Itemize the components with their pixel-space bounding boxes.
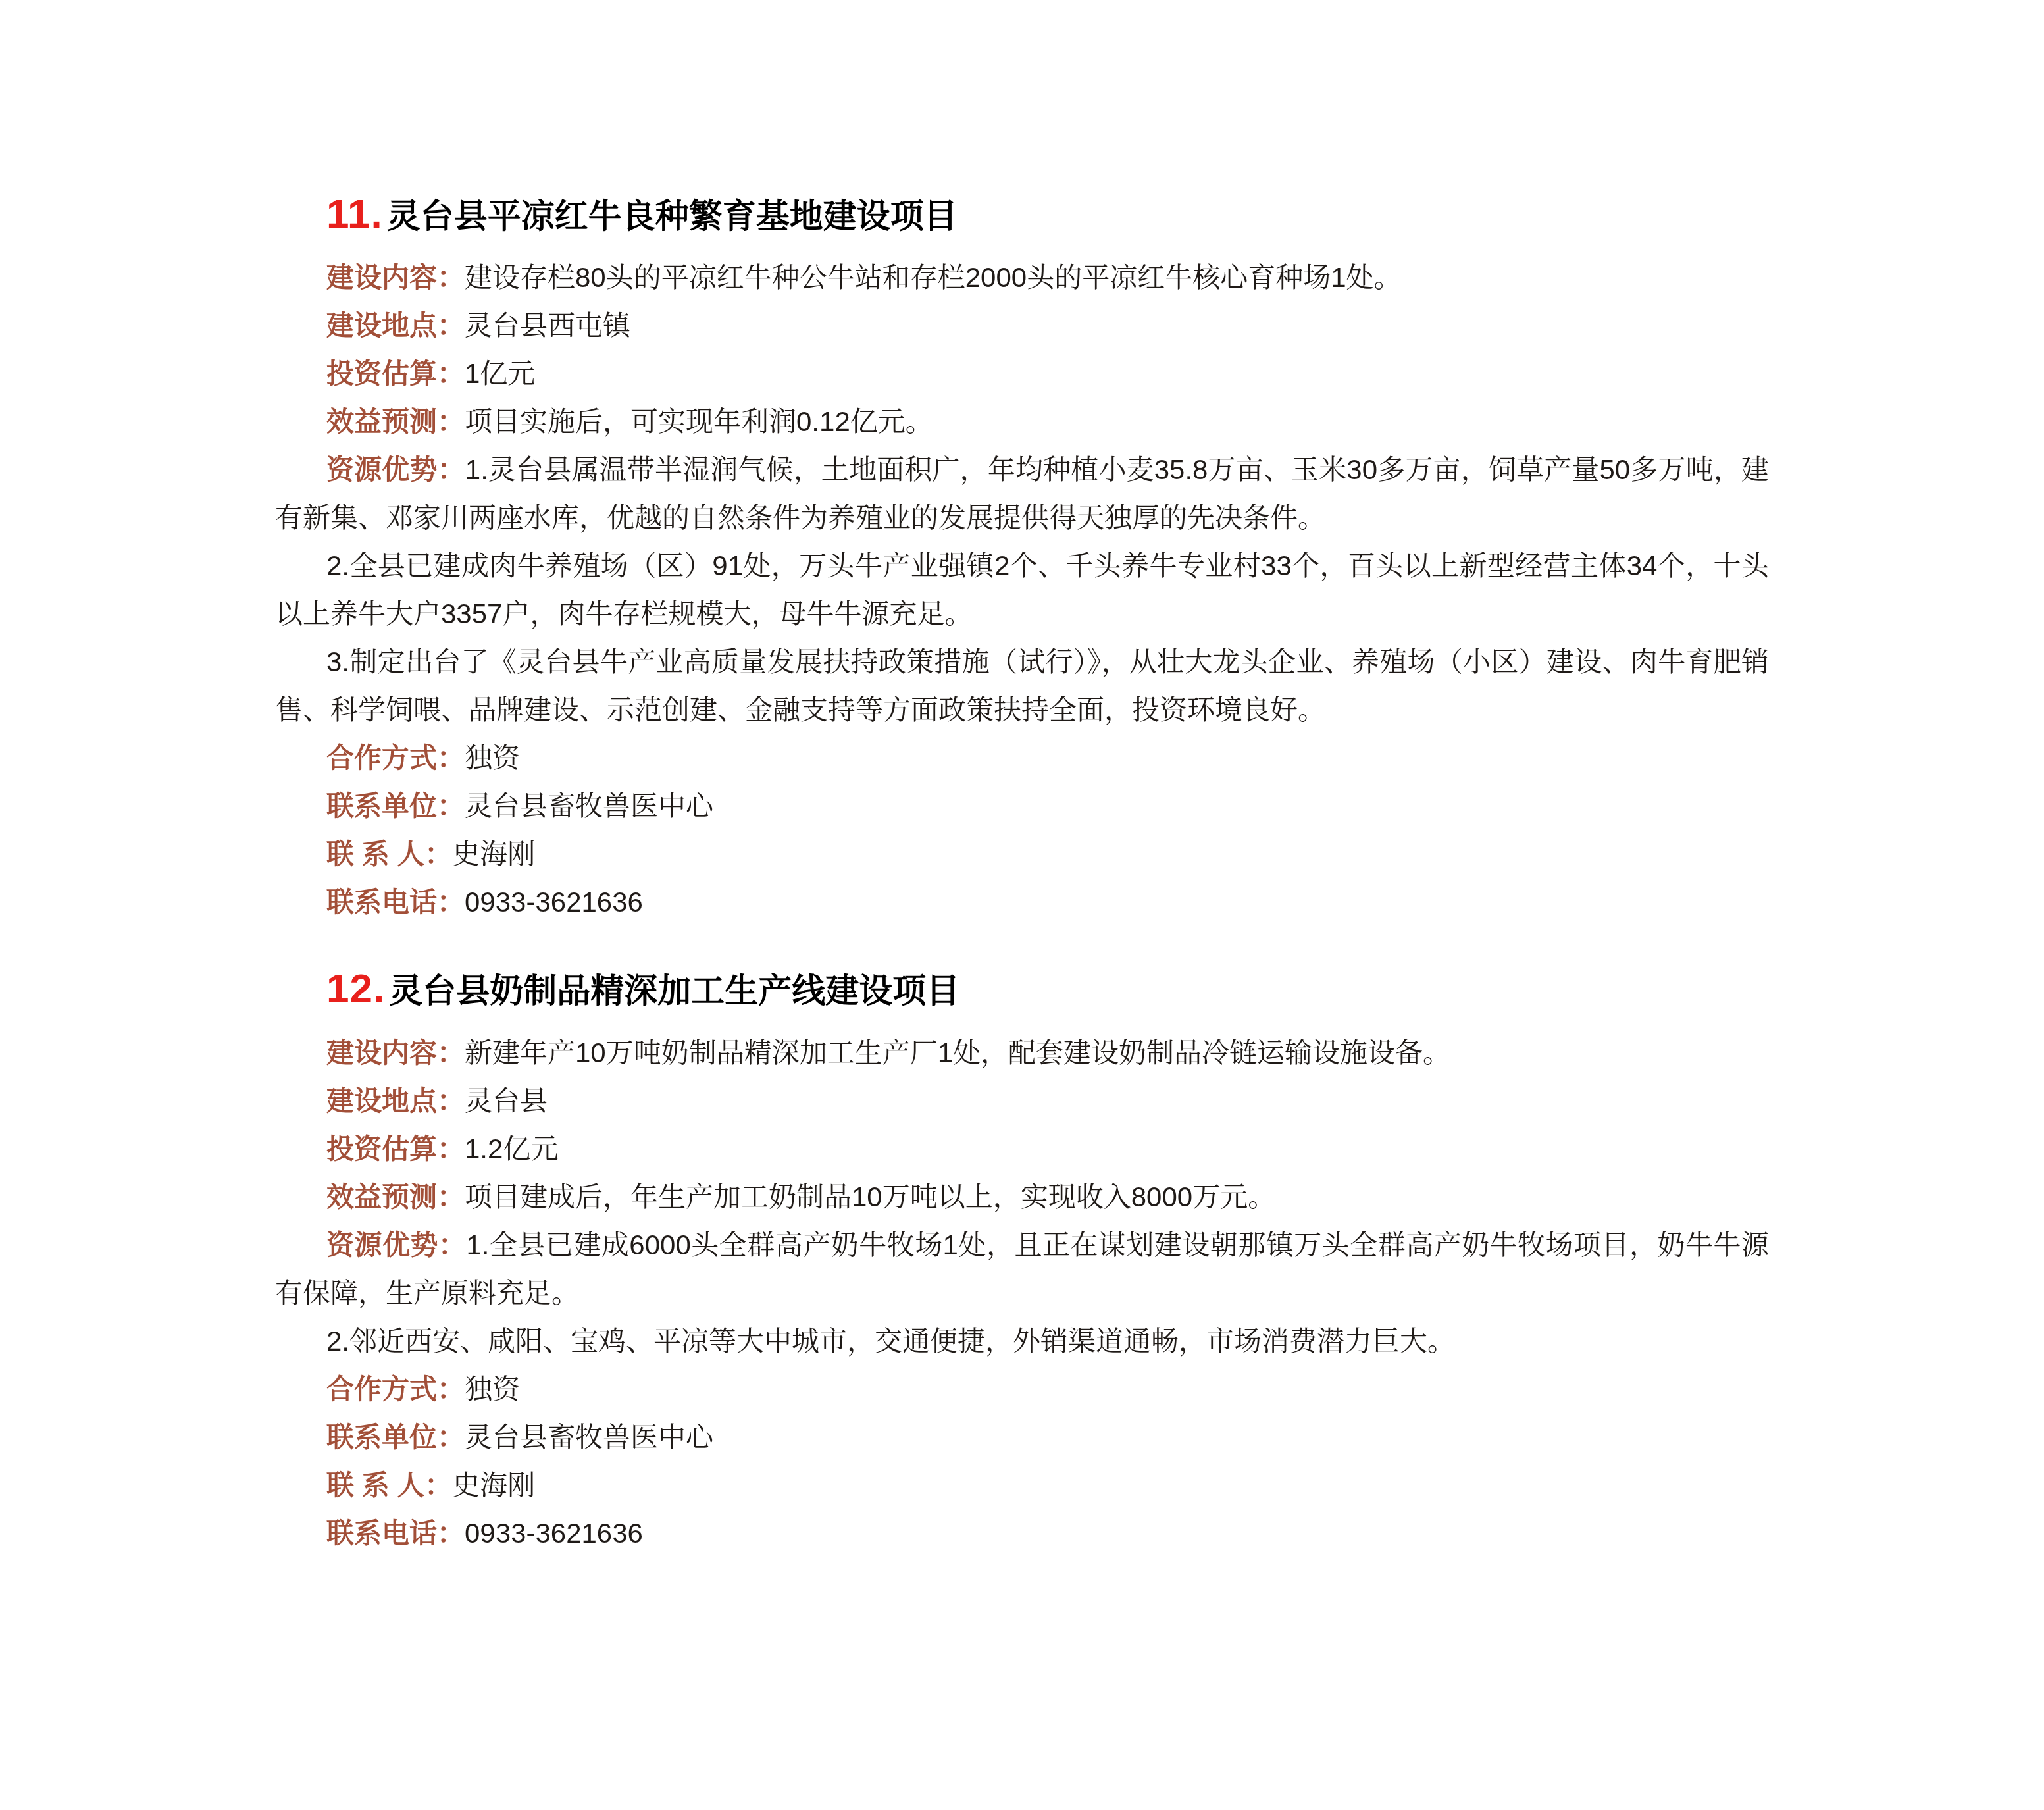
field-construction-site: 建设地点：灵台县西屯镇	[275, 301, 1769, 349]
project-section-12: 12. 灵台县奶制品精深加工生产线建设项目 建设内容：新建年产10万吨奶制品精深…	[275, 966, 1769, 1557]
field-cooperation-mode: 合作方式：独资	[275, 1365, 1769, 1413]
field-label: 建设内容：	[326, 262, 465, 293]
field-resource-advantage-2: 2.邻近西安、咸阳、宝鸡、平凉等大中城市，交通便捷，外销渠道通畅，市场消费潜力巨…	[275, 1317, 1769, 1365]
field-cooperation-mode: 合作方式：独资	[275, 734, 1769, 782]
field-text: 项目实施后，可实现年利润0.12亿元。	[465, 406, 933, 437]
field-resource-advantage-1: 资源优势：1.全县已建成6000头全群高产奶牛牧场1处，且正在谋划建设朝那镇万头…	[275, 1221, 1769, 1317]
field-contact-unit: 联系单位：灵台县畜牧兽医中心	[275, 1413, 1769, 1461]
field-construction-content: 建设内容：建设存栏80头的平凉红牛种公牛站和存栏2000头的平凉红牛核心育种场1…	[275, 253, 1769, 301]
project-section-11: 11. 灵台县平凉红牛良种繁育基地建设项目 建设内容：建设存栏80头的平凉红牛种…	[275, 191, 1769, 926]
project-12-heading: 12. 灵台县奶制品精深加工生产线建设项目	[326, 966, 1769, 1012]
field-text: 0933-3621636	[465, 1518, 643, 1549]
field-label: 投资估算：	[326, 1133, 465, 1164]
field-label: 建设地点：	[326, 1085, 465, 1116]
field-text: 灵台县	[465, 1085, 548, 1116]
field-label: 联系电话：	[326, 1518, 465, 1549]
field-benefit-forecast: 效益预测：项目实施后，可实现年利润0.12亿元。	[275, 398, 1769, 446]
field-label: 资源优势：	[326, 454, 465, 485]
field-text: 独资	[465, 1374, 520, 1405]
project-12-title: 灵台县奶制品精深加工生产线建设项目	[389, 972, 959, 1011]
field-investment-estimate: 投资估算：1.2亿元	[275, 1125, 1769, 1173]
field-label: 效益预测：	[326, 406, 465, 437]
field-contact-person: 联 系 人：史海刚	[275, 830, 1769, 878]
field-construction-content: 建设内容：新建年产10万吨奶制品精深加工生产厂1处，配套建设奶制品冷链运输设施设…	[275, 1029, 1769, 1077]
field-text: 项目建成后，年生产加工奶制品10万吨以上，实现收入8000万元。	[465, 1181, 1275, 1212]
field-label: 联 系 人：	[326, 1470, 452, 1501]
field-text: 1.灵台县属温带半湿润气候，土地面积广，年均种植小麦35.8万亩、玉米30多万亩…	[275, 454, 1769, 533]
project-11-heading: 11. 灵台县平凉红牛良种繁育基地建设项目	[326, 191, 1769, 238]
field-construction-site: 建设地点：灵台县	[275, 1077, 1769, 1125]
field-text: 0933-3621636	[465, 887, 643, 918]
field-text: 灵台县畜牧兽医中心	[465, 1422, 713, 1453]
field-resource-advantage-1: 资源优势：1.灵台县属温带半湿润气候，土地面积广，年均种植小麦35.8万亩、玉米…	[275, 446, 1769, 542]
field-text: 2.全县已建成肉牛养殖场（区）91处，万头牛产业强镇2个、千头养牛专业村33个，…	[275, 550, 1769, 629]
field-text: 1亿元	[465, 358, 535, 389]
field-text: 独资	[465, 742, 520, 773]
field-label: 联 系 人：	[326, 839, 452, 869]
field-benefit-forecast: 效益预测：项目建成后，年生产加工奶制品10万吨以上，实现收入8000万元。	[275, 1173, 1769, 1221]
project-12-number: 12.	[326, 966, 385, 1012]
field-text: 史海刚	[452, 1470, 535, 1501]
field-contact-person: 联 系 人：史海刚	[275, 1461, 1769, 1509]
document-page: 11. 灵台县平凉红牛良种繁育基地建设项目 建设内容：建设存栏80头的平凉红牛种…	[275, 0, 1769, 1557]
field-label: 合作方式：	[326, 1374, 465, 1405]
field-text: 史海刚	[452, 839, 535, 869]
field-label: 联系电话：	[326, 887, 465, 918]
field-resource-advantage-2: 2.全县已建成肉牛养殖场（区）91处，万头牛产业强镇2个、千头养牛专业村33个，…	[275, 542, 1769, 638]
field-contact-phone: 联系电话：0933-3621636	[275, 878, 1769, 926]
field-label: 建设内容：	[326, 1037, 465, 1068]
field-investment-estimate: 投资估算：1亿元	[275, 349, 1769, 398]
field-text: 灵台县畜牧兽医中心	[465, 790, 713, 821]
field-text: 1.全县已建成6000头全群高产奶牛牧场1处，且正在谋划建设朝那镇万头全群高产奶…	[275, 1229, 1769, 1308]
field-text: 2.邻近西安、咸阳、宝鸡、平凉等大中城市，交通便捷，外销渠道通畅，市场消费潜力巨…	[326, 1326, 1455, 1357]
field-contact-unit: 联系单位：灵台县畜牧兽医中心	[275, 782, 1769, 830]
field-text: 3.制定出台了《灵台县牛产业高质量发展扶持政策措施（试行）》，从壮大龙头企业、养…	[275, 646, 1769, 725]
field-text: 1.2亿元	[465, 1133, 558, 1164]
project-11-title: 灵台县平凉红牛良种繁育基地建设项目	[387, 197, 958, 236]
field-label: 联系单位：	[326, 1422, 465, 1453]
field-text: 建设存栏80头的平凉红牛种公牛站和存栏2000头的平凉红牛核心育种场1处。	[465, 262, 1402, 293]
project-12-fields: 建设内容：新建年产10万吨奶制品精深加工生产厂1处，配套建设奶制品冷链运输设施设…	[275, 1029, 1769, 1557]
project-11-fields: 建设内容：建设存栏80头的平凉红牛种公牛站和存栏2000头的平凉红牛核心育种场1…	[275, 253, 1769, 926]
field-label: 效益预测：	[326, 1181, 465, 1212]
field-label: 合作方式：	[326, 742, 465, 773]
field-label: 联系单位：	[326, 790, 465, 821]
field-label: 建设地点：	[326, 310, 465, 341]
field-label: 资源优势：	[326, 1229, 466, 1260]
field-label: 投资估算：	[326, 358, 465, 389]
project-11-number: 11.	[326, 191, 383, 238]
field-text: 灵台县西屯镇	[465, 310, 630, 341]
field-resource-advantage-3: 3.制定出台了《灵台县牛产业高质量发展扶持政策措施（试行）》，从壮大龙头企业、养…	[275, 638, 1769, 734]
field-contact-phone: 联系电话：0933-3621636	[275, 1509, 1769, 1557]
field-text: 新建年产10万吨奶制品精深加工生产厂1处，配套建设奶制品冷链运输设施设备。	[465, 1037, 1450, 1068]
